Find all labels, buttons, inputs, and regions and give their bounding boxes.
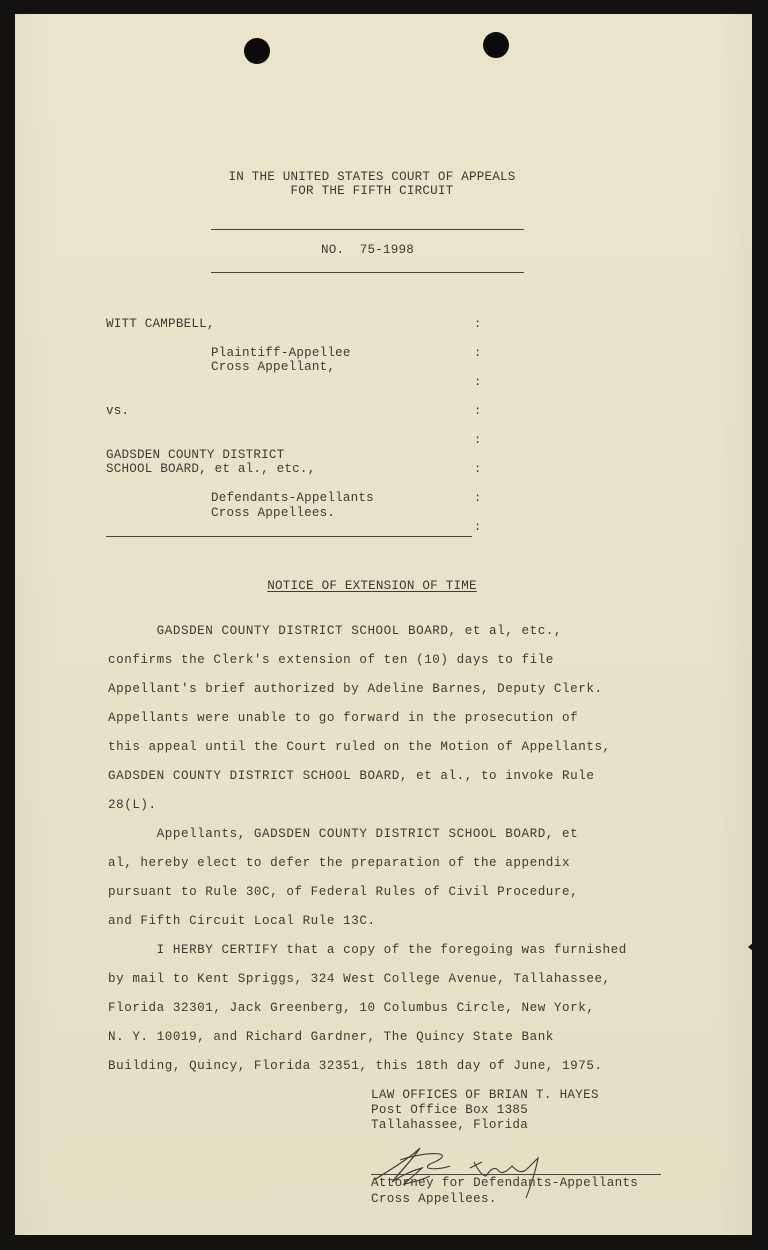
plaintiff-role-2: Cross Appellant,: [211, 360, 335, 375]
caption-colon: :: [474, 346, 481, 360]
caption-colon: :: [474, 404, 481, 418]
caption-colon: :: [474, 317, 481, 331]
punch-hole-right: [483, 32, 509, 58]
header-rule-top: [211, 229, 524, 230]
punch-hole-left: [244, 38, 270, 64]
paragraph-1-line: Appellant's brief authorized by Adeline …: [108, 682, 603, 697]
plaintiff-role-1: Plaintiff-Appellee: [211, 346, 351, 361]
firm-address-2: Tallahassee, Florida: [371, 1118, 528, 1133]
caption-colon: :: [474, 520, 481, 534]
defendant-name-2: SCHOOL BOARD, et al., etc.,: [106, 462, 315, 477]
paragraph-2-line: Appellants, GADSDEN COUNTY DISTRICT SCHO…: [108, 827, 578, 842]
defendant-name-1: GADSDEN COUNTY DISTRICT: [106, 448, 284, 463]
caption-rule: [106, 536, 472, 537]
paragraph-2-line: pursuant to Rule 30C, of Federal Rules o…: [108, 885, 578, 900]
versus-label: vs.: [106, 404, 129, 419]
paragraph-3-line: Building, Quincy, Florida 32351, this 18…: [108, 1059, 603, 1074]
plaintiff-name: WITT CAMPBELL,: [106, 317, 215, 332]
caption-colon: :: [474, 462, 481, 476]
defendant-role-2: Cross Appellees.: [211, 506, 335, 521]
defendant-role-1: Defendants-Appellants: [211, 491, 374, 506]
paragraph-1-line: confirms the Clerk's extension of ten (1…: [108, 653, 554, 668]
caption-colon: :: [474, 491, 481, 505]
court-header-line-1: IN THE UNITED STATES COURT OF APPEALS: [172, 170, 572, 185]
case-number: NO. 75-1998: [211, 243, 524, 258]
caption-colon: :: [474, 375, 481, 389]
handwritten-signature-icon: [370, 1140, 580, 1200]
caption-colon: :: [474, 433, 481, 447]
paragraph-3-line: Florida 32301, Jack Greenberg, 10 Columb…: [108, 1001, 594, 1016]
paragraph-3-line: by mail to Kent Spriggs, 324 West Colleg…: [108, 972, 611, 987]
header-rule-bottom: [211, 272, 524, 273]
signature-line: [371, 1174, 661, 1175]
paragraph-2-line: al, hereby elect to defer the preparatio…: [108, 856, 570, 871]
attorney-role-1: Attorney for Defendants-Appellants: [371, 1176, 638, 1191]
firm-address-1: Post Office Box 1385: [371, 1103, 528, 1118]
paragraph-1-line: this appeal until the Court ruled on the…: [108, 740, 611, 755]
paragraph-1-line: GADSDEN COUNTY DISTRICT SCHOOL BOARD, et…: [108, 769, 594, 784]
paragraph-3-line: N. Y. 10019, and Richard Gardner, The Qu…: [108, 1030, 554, 1045]
law-firm-name: LAW OFFICES OF BRIAN T. HAYES: [371, 1088, 599, 1103]
paragraph-2-line: and Fifth Circuit Local Rule 13C.: [108, 914, 376, 929]
page-edge-tear: [748, 942, 754, 952]
document-title: NOTICE OF EXTENSION OF TIME: [172, 579, 572, 594]
paragraph-1-line: Appellants were unable to go forward in …: [108, 711, 578, 726]
court-header-line-2: FOR THE FIFTH CIRCUIT: [172, 184, 572, 199]
paragraph-1-line: 28(L).: [108, 798, 157, 813]
paragraph-3-line: I HERBY CERTIFY that a copy of the foreg…: [108, 943, 627, 958]
attorney-role-2: Cross Appellees.: [371, 1192, 497, 1207]
paragraph-1-line: GADSDEN COUNTY DISTRICT SCHOOL BOARD, et…: [108, 624, 562, 639]
